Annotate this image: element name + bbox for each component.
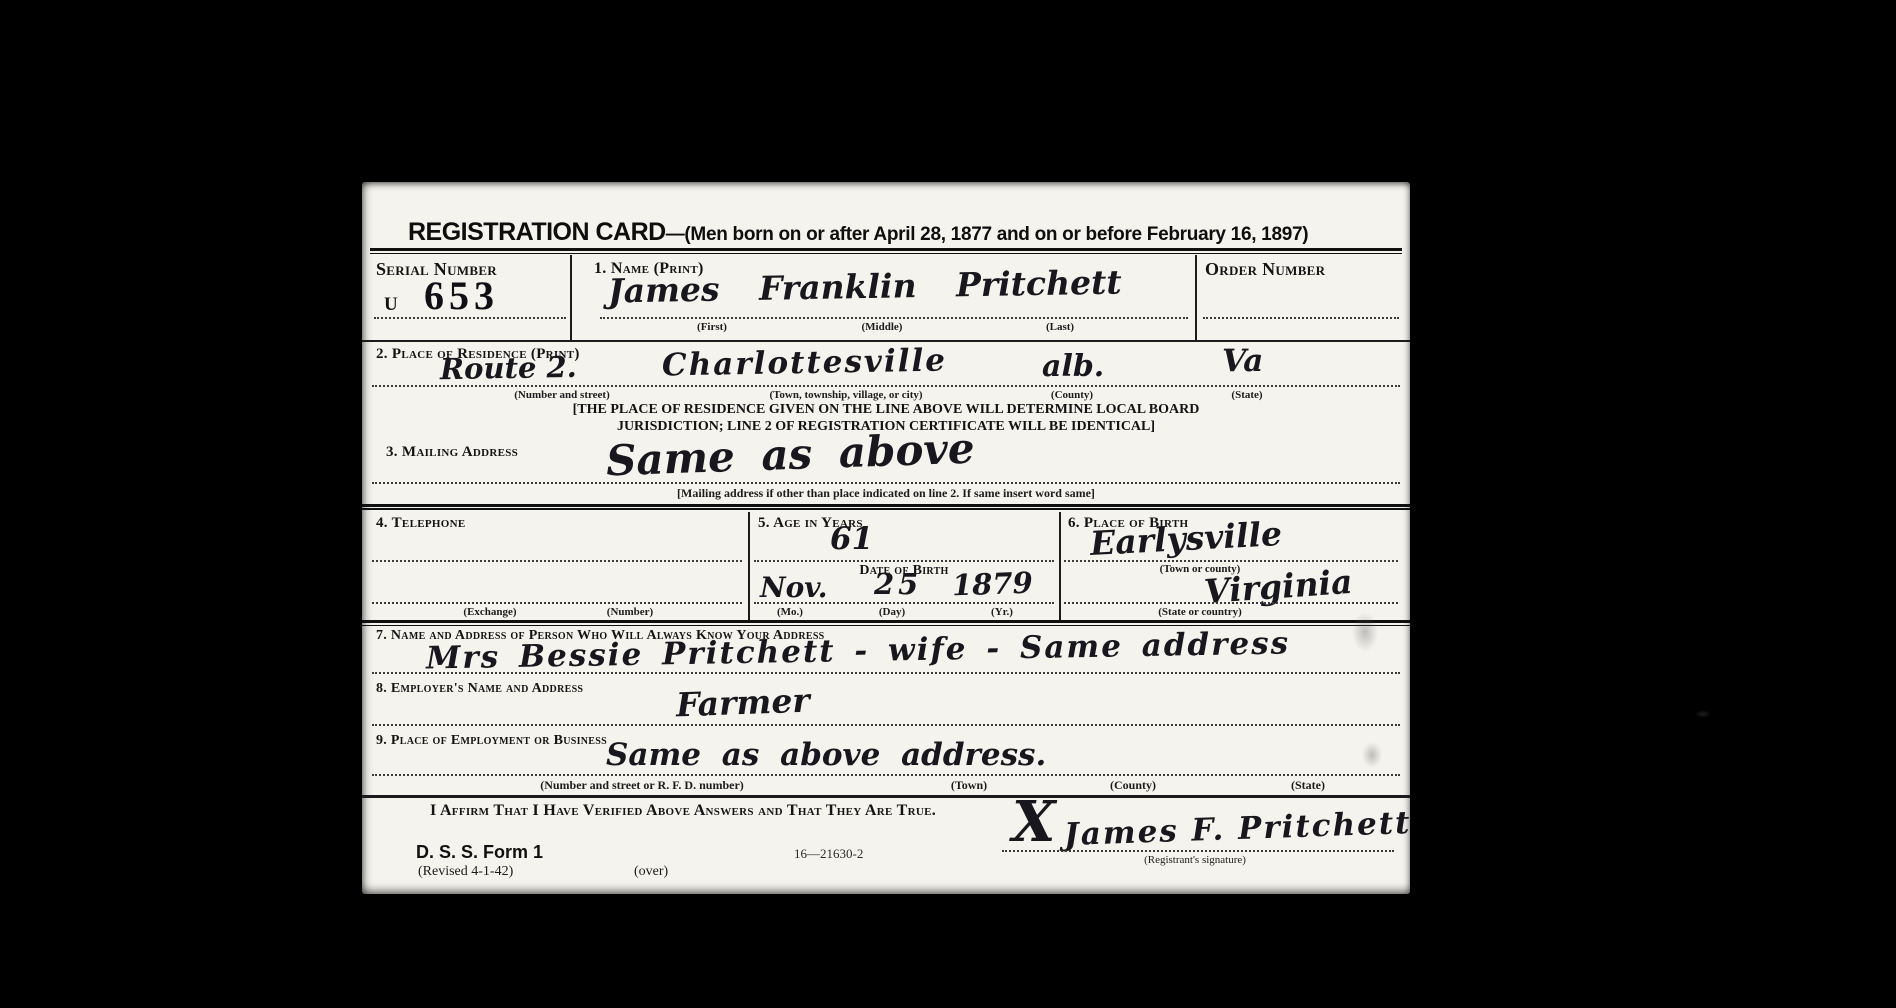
signature-mark: X xyxy=(1012,794,1055,850)
name-sublabel-last: (Last) xyxy=(1020,321,1100,333)
section-rule xyxy=(362,504,1410,510)
birth-date-month: Nov. xyxy=(760,574,827,602)
employment-line xyxy=(372,774,1400,776)
scan-smudge xyxy=(1352,612,1378,652)
telephone-line-2 xyxy=(372,602,742,604)
contact-line xyxy=(372,672,1400,674)
employer-value: Farmer xyxy=(675,684,810,722)
birth-date-year: 1879 xyxy=(952,569,1034,601)
employment-sublabel-town: (Town) xyxy=(919,778,1019,793)
column-divider xyxy=(570,255,572,340)
signature-line xyxy=(1002,850,1394,852)
residence-county: alb. xyxy=(1042,352,1104,382)
residence-sublabel-state: (State) xyxy=(1202,389,1292,401)
birth-place-line-2 xyxy=(1064,602,1398,604)
scan-smudge xyxy=(1362,742,1382,768)
birth-date-sublabel-day: (Day) xyxy=(862,606,922,618)
residence-state: Va xyxy=(1222,346,1263,377)
scan-background: REGISTRATION CARD—(Men born on or after … xyxy=(0,0,1896,1008)
serial-number-prefix: U xyxy=(384,294,398,316)
age-line xyxy=(754,560,1054,562)
telephone-sublabel-number: (Number) xyxy=(580,606,680,618)
affirmation-text: I Affirm That I Have Verified Above Answ… xyxy=(430,802,936,820)
birth-place-sublabel-state: (State or country) xyxy=(1120,606,1280,618)
employment-sublabel-county: (County) xyxy=(1083,778,1183,793)
telephone-label: 4. Telephone xyxy=(376,515,465,532)
employment-label: 9. Place of Employment or Business xyxy=(376,733,607,749)
registration-card: REGISTRATION CARD—(Men born on or after … xyxy=(362,182,1410,894)
card-title-rest: —(Men born on or after April 28, 1877 an… xyxy=(666,224,1309,245)
birth-date-day: 25 xyxy=(874,570,922,599)
row-divider xyxy=(362,340,1410,342)
mailing-line xyxy=(372,482,1400,484)
name-sublabel-first: (First) xyxy=(672,321,752,333)
mailing-value: Same as above xyxy=(605,428,975,483)
scan-smudge xyxy=(1695,710,1711,718)
card-title-main: REGISTRATION CARD xyxy=(408,218,666,246)
residence-street: Route 2. xyxy=(440,353,577,384)
residence-sublabel-town: (Town, township, village, or city) xyxy=(726,389,966,401)
serial-number-line xyxy=(374,317,566,319)
residence-town: Charlottesville xyxy=(662,346,947,382)
name-sublabel-middle: (Middle) xyxy=(837,321,927,333)
card-title: REGISTRATION CARD—(Men born on or after … xyxy=(408,218,1388,247)
notice-line-1: [THE PLACE OF RESIDENCE GIVEN ON THE LIN… xyxy=(362,402,1410,418)
signature-sublabel: (Registrant's signature) xyxy=(1080,854,1310,866)
mailing-sublabel: [Mailing address if other than place ind… xyxy=(362,486,1410,501)
employment-sublabel-street: (Number and street or R. F. D. number) xyxy=(492,778,792,793)
section-rule xyxy=(362,795,1410,798)
birth-date-sublabel-yr: (Yr.) xyxy=(972,606,1032,618)
telephone-sublabel-exchange: (Exchange) xyxy=(440,606,540,618)
header-rule xyxy=(370,248,1402,254)
employer-label: 8. Employer's Name and Address xyxy=(376,681,583,697)
name-value: James Franklin Pritchett xyxy=(608,266,1122,308)
name-line xyxy=(600,317,1188,319)
employer-line xyxy=(372,724,1400,726)
order-number-line xyxy=(1203,317,1399,319)
mailing-label: 3. Mailing Address xyxy=(386,444,518,461)
form-revision: (Revised 4-1-42) xyxy=(418,864,513,880)
order-number-label: Order Number xyxy=(1205,259,1325,280)
over-note: (over) xyxy=(634,864,668,880)
column-divider xyxy=(1195,255,1197,340)
telephone-line-1 xyxy=(372,560,742,562)
residence-sublabel-county: (County) xyxy=(1022,389,1122,401)
form-number: D. S. S. Form 1 xyxy=(416,842,543,863)
birth-date-line xyxy=(754,602,1054,604)
column-divider xyxy=(748,512,750,620)
employment-value: Same as above address. xyxy=(606,740,1046,771)
column-divider xyxy=(1059,512,1061,620)
residence-line xyxy=(372,385,1400,387)
print-code: 16—21630-2 xyxy=(794,846,863,862)
age-value: 61 xyxy=(830,524,873,555)
registrant-signature: James F. Pritchett xyxy=(1064,808,1412,851)
employment-sublabel-state: (State) xyxy=(1258,778,1358,793)
birth-date-sublabel-mo: (Mo.) xyxy=(760,606,820,618)
serial-number-value: 653 xyxy=(424,272,499,319)
birth-place-town: Earlysville xyxy=(1089,517,1282,560)
residence-sublabel-street: (Number and street) xyxy=(482,389,642,401)
